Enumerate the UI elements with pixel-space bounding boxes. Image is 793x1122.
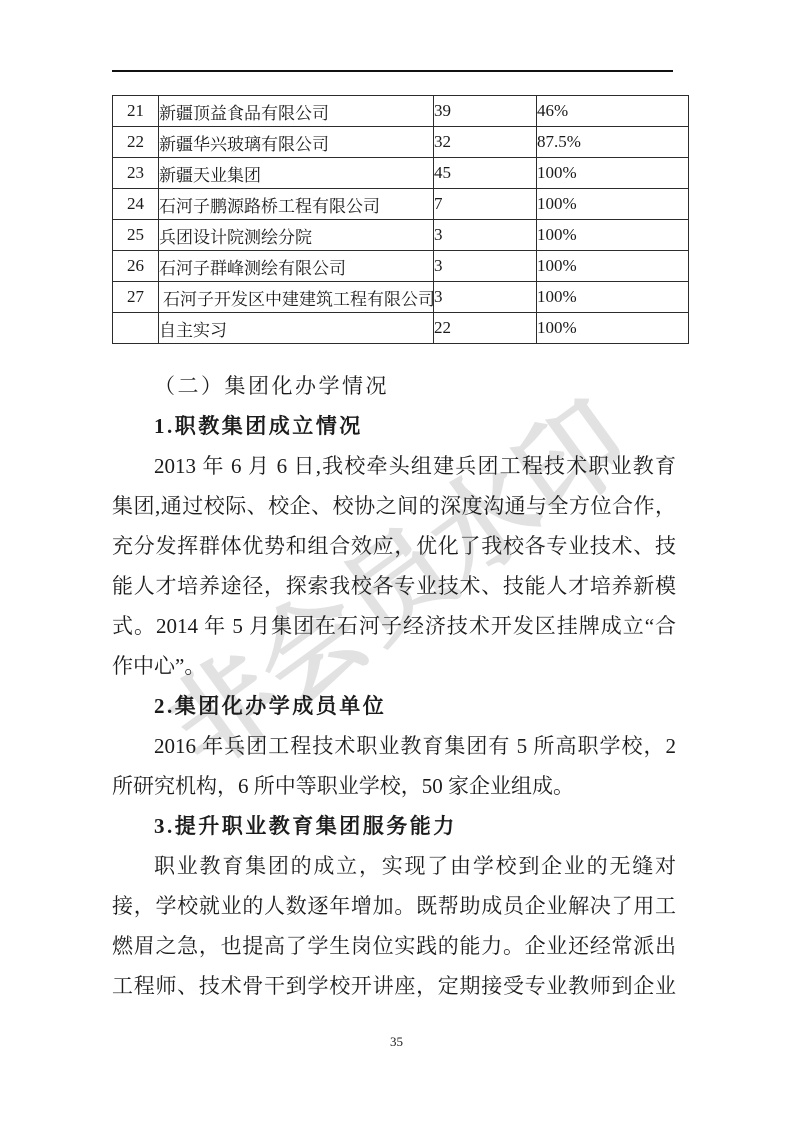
cell-count: 3 — [434, 251, 537, 282]
cell-company-name: 新疆顶益食品有限公司 — [159, 96, 434, 127]
cell-company-name: 石河子鹏源路桥工程有限公司 — [159, 189, 434, 220]
section-heading: 2.集团化办学成员单位 — [112, 686, 676, 726]
cell-count: 3 — [434, 282, 537, 313]
cell-count: 45 — [434, 158, 537, 189]
cell-rate: 100% — [537, 251, 689, 282]
cell-count: 7 — [434, 189, 537, 220]
cell-number: 25 — [113, 220, 159, 251]
text-line: 2016 年兵团工程技术职业教育集团有 5 所高职学校，2 — [112, 726, 676, 766]
cell-number: 26 — [113, 251, 159, 282]
text-line: 充分发挥群体优势和组合效应，优化了我校各专业技术、技 — [112, 526, 676, 566]
text-line: 作中心”。 — [112, 646, 676, 686]
internship-company-table: 21新疆顶益食品有限公司3946%22新疆华兴玻璃有限公司3287.5%23新疆… — [112, 95, 689, 344]
table-row: 21新疆顶益食品有限公司3946% — [113, 96, 689, 127]
section-heading: 3.提升职业教育集团服务能力 — [112, 806, 676, 846]
cell-company-name: 兵团设计院测绘分院 — [159, 220, 434, 251]
table-row: 22新疆华兴玻璃有限公司3287.5% — [113, 127, 689, 158]
table-row: 27石河子开发区中建建筑工程有限公司3100% — [113, 282, 689, 313]
table-row: 26石河子群峰测绘有限公司3100% — [113, 251, 689, 282]
page-number: 35 — [0, 1034, 793, 1050]
text-line: 接，学校就业的人数逐年增加。既帮助成员企业解决了用工 — [112, 886, 676, 926]
cell-company-name: 新疆华兴玻璃有限公司 — [159, 127, 434, 158]
table-row: 24石河子鹏源路桥工程有限公司7100% — [113, 189, 689, 220]
cell-company-name: 石河子群峰测绘有限公司 — [159, 251, 434, 282]
text-line: 职业教育集团的成立，实现了由学校到企业的无缝对 — [112, 846, 676, 886]
cell-number: 27 — [113, 282, 159, 313]
cell-count: 3 — [434, 220, 537, 251]
cell-count: 39 — [434, 96, 537, 127]
cell-number: 24 — [113, 189, 159, 220]
cell-number: 21 — [113, 96, 159, 127]
table-row: 自主实习22100% — [113, 313, 689, 344]
text-line: 燃眉之急，也提高了学生岗位实践的能力。企业还经常派出 — [112, 926, 676, 966]
cell-rate: 100% — [537, 313, 689, 344]
body-text: （二）集团化办学情况1.职教集团成立情况2013 年 6 月 6 日,我校牵头组… — [112, 366, 676, 1006]
cell-rate: 100% — [537, 220, 689, 251]
table-row: 25兵团设计院测绘分院3100% — [113, 220, 689, 251]
cell-company-name: 新疆天业集团 — [159, 158, 434, 189]
cell-rate: 100% — [537, 158, 689, 189]
cell-number: 22 — [113, 127, 159, 158]
text-line: （二）集团化办学情况 — [112, 366, 676, 406]
cell-number — [113, 313, 159, 344]
text-line: 工程师、技术骨干到学校开讲座，定期接受专业教师到企业 — [112, 966, 676, 1006]
text-line: 所研究机构，6 所中等职业学校，50 家企业组成。 — [112, 766, 676, 806]
cell-count: 32 — [434, 127, 537, 158]
cell-rate: 100% — [537, 282, 689, 313]
table-row: 23新疆天业集团45100% — [113, 158, 689, 189]
cell-count: 22 — [434, 313, 537, 344]
cell-rate: 87.5% — [537, 127, 689, 158]
text-line: 集团,通过校际、校企、校协之间的深度沟通与全方位合作， — [112, 486, 676, 526]
document-page: 非会员水印 21新疆顶益食品有限公司3946%22新疆华兴玻璃有限公司3287.… — [0, 0, 793, 1122]
section-heading: 1.职教集团成立情况 — [112, 406, 676, 446]
cell-company-name: 自主实习 — [159, 313, 434, 344]
cell-company-name: 石河子开发区中建建筑工程有限公司 — [159, 282, 434, 313]
text-line: 式。2014 年 5 月集团在石河子经济技术开发区挂牌成立“合 — [112, 606, 676, 646]
cell-rate: 46% — [537, 96, 689, 127]
header-rule — [112, 70, 673, 72]
cell-number: 23 — [113, 158, 159, 189]
text-line: 2013 年 6 月 6 日,我校牵头组建兵团工程技术职业教育 — [112, 446, 676, 486]
cell-rate: 100% — [537, 189, 689, 220]
text-line: 能人才培养途径，探索我校各专业技术、技能人才培养新模 — [112, 566, 676, 606]
